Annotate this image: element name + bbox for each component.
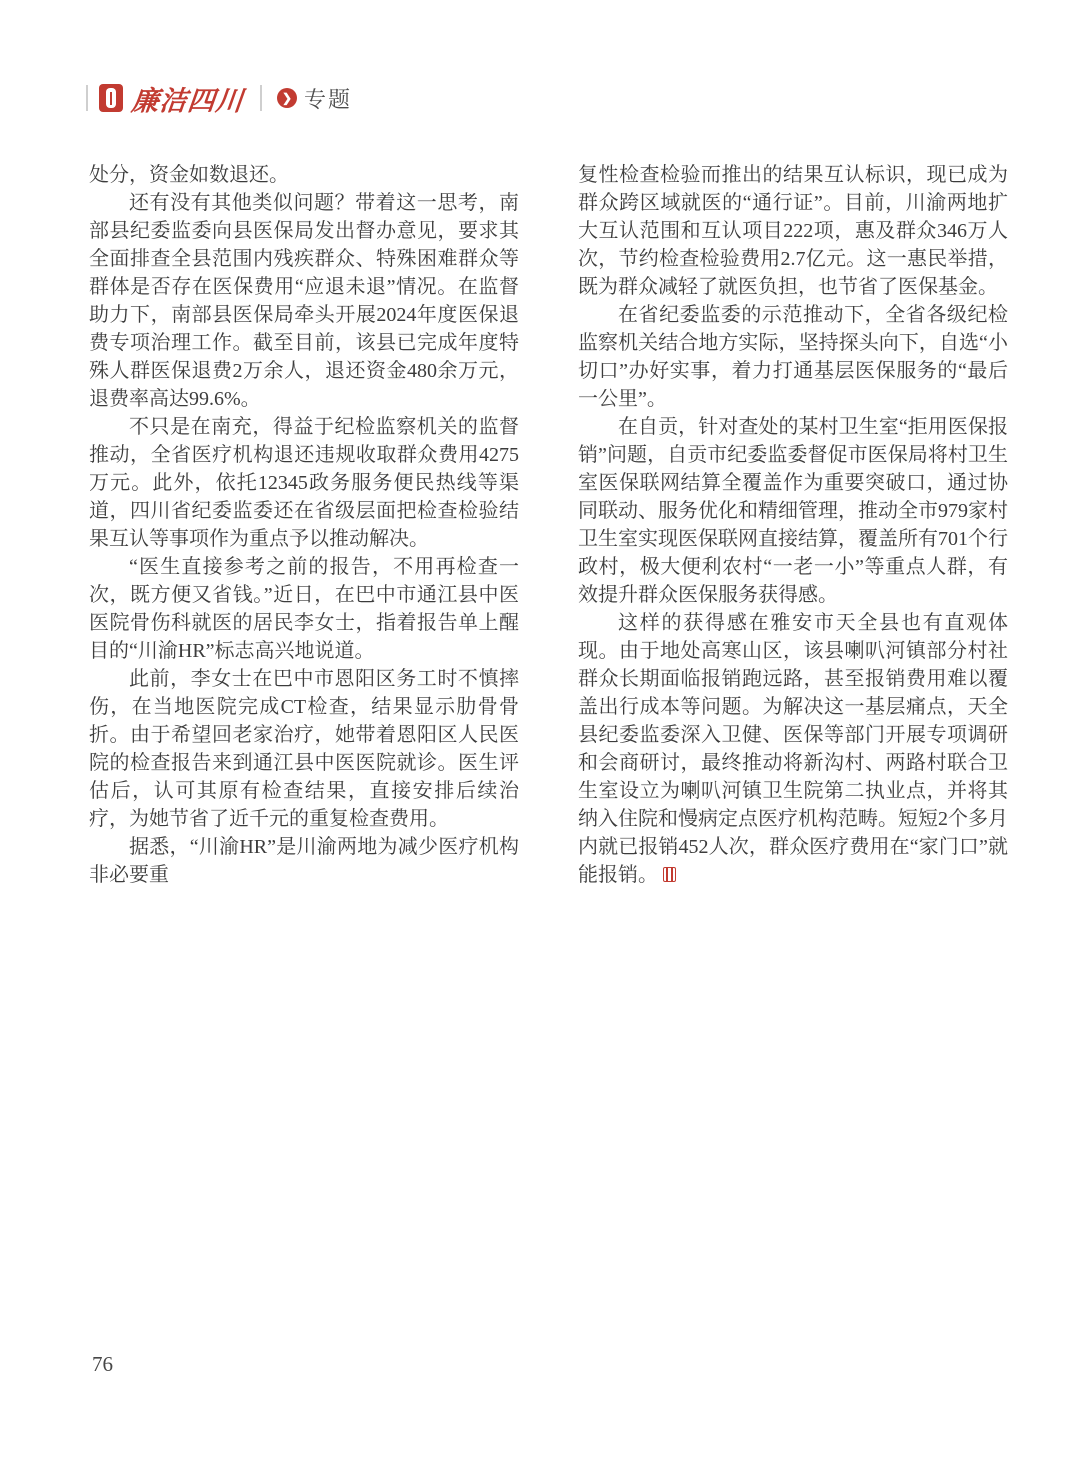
brand-seal-icon	[99, 84, 123, 112]
paragraph-text: 处分，资金如数退还。	[89, 164, 289, 186]
paragraph: 复性检查检验而推出的结果互认标识，现已成为群众跨区域就医的“通行证”。目前，川渝…	[578, 161, 1008, 301]
paragraph: 这样的获得感在雅安市天全县也有直观体现。由于地处高寒山区，该县喇叭河镇部分村社群…	[578, 609, 1008, 889]
paragraph: “医生直接参考之前的报告，不用再检查一次，既方便又省钱。”近日，在巴中市通江县中…	[89, 553, 519, 665]
paragraph-text: 这样的获得感在雅安市天全县也有直观体现。由于地处高寒山区，该县喇叭河镇部分村社群…	[578, 612, 1008, 886]
paragraph: 在省纪委监委的示范推动下，全省各级纪检监察机关结合地方实际，坚持探头向下，自选“…	[578, 301, 1008, 413]
brand-logotype: 廉洁四川	[130, 79, 246, 118]
paragraph-text: “医生直接参考之前的报告，不用再检查一次，既方便又省钱。”近日，在巴中市通江县中…	[89, 556, 519, 662]
paragraph: 还有没有其他类似问题？带着这一思考，南部县纪委监委向县医保局发出督办意见，要求其…	[89, 189, 519, 413]
paragraph: 此前，李女士在巴中市恩阳区务工时不慎摔伤，在当地医院完成CT检查，结果显示肋骨骨…	[89, 665, 519, 833]
paragraph-text: 在省纪委监委的示范推动下，全省各级纪检监察机关结合地方实际，坚持探头向下，自选“…	[578, 304, 1008, 410]
paragraph-text: 此前，李女士在巴中市恩阳区务工时不慎摔伤，在当地医院完成CT检查，结果显示肋骨骨…	[89, 668, 519, 830]
brand-seal-stroke	[110, 92, 112, 105]
paragraph-text: 据悉，“川渝HR”是川渝两地为减少医疗机构非必要重	[89, 836, 519, 886]
paragraph: 在自贡，针对查处的某村卫生室“拒用医保报销”问题，自贡市纪委监委督促市医保局将村…	[578, 413, 1008, 609]
page-header: 廉洁四川 ❯ 专题	[86, 80, 352, 116]
article-left-column: 处分，资金如数退还。 还有没有其他类似问题？带着这一思考，南部县纪委监委向县医保…	[89, 161, 519, 889]
article-right-column: 复性检查检验而推出的结果互认标识，现已成为群众跨区域就医的“通行证”。目前，川渝…	[578, 161, 1008, 889]
paragraph-text: 不只是在南充，得益于纪检监察机关的监督推动，全省医疗机构退还违规收取群众费用42…	[89, 416, 519, 550]
header-divider-bar	[86, 85, 88, 111]
section-tag: ❯ 专题	[277, 83, 352, 114]
page-number: 76	[92, 1352, 113, 1377]
paragraph-text: 在自贡，针对查处的某村卫生室“拒用医保报销”问题，自贡市纪委监委督促市医保局将村…	[578, 416, 1008, 606]
chevron-right-icon: ❯	[277, 88, 297, 108]
paragraph: 不只是在南充，得益于纪检监察机关的监督推动，全省医疗机构退还违规收取群众费用42…	[89, 413, 519, 553]
paragraph: 据悉，“川渝HR”是川渝两地为减少医疗机构非必要重	[89, 833, 519, 889]
article-end-icon	[663, 867, 676, 882]
paragraph-text: 还有没有其他类似问题？带着这一思考，南部县纪委监委向县医保局发出督办意见，要求其…	[89, 192, 519, 410]
header-divider-bar	[260, 85, 262, 111]
section-label: 专题	[304, 83, 352, 114]
paragraph: 处分，资金如数退还。	[89, 161, 519, 189]
paragraph-text: 复性检查检验而推出的结果互认标识，现已成为群众跨区域就医的“通行证”。目前，川渝…	[578, 164, 1008, 298]
